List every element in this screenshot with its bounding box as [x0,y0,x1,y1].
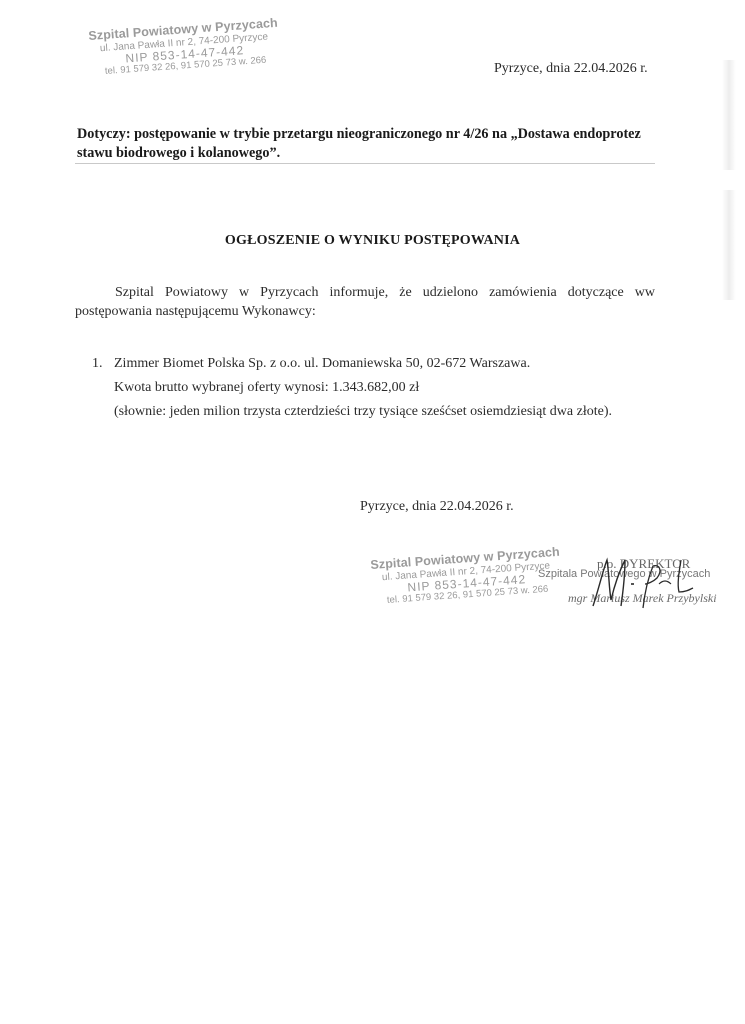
intro-text: Szpital Powiatowy w Pyrzycach informuje,… [75,285,655,319]
scan-shadow [722,110,736,170]
date-top: Pyrzyce, dnia 22.04.2026 r. [494,61,648,77]
amount-words: (słownie: jeden milion trzysta czterdzie… [92,402,652,426]
date-bottom: Pyrzyce, dnia 22.04.2026 r. [360,499,514,515]
footer-stamp: Szpital Powiatowy w Pyrzycach ul. Jana P… [370,546,563,607]
award-list: 1.Zimmer Biomet Polska Sp. z o.o. ul. Do… [92,354,652,426]
scan-shadow [722,60,736,110]
list-number: 1. [92,354,114,373]
handwritten-signature [585,548,695,618]
contractor-name: Zimmer Biomet Polska Sp. z o.o. ul. Doma… [114,356,530,371]
subject-line-2: stawu biodrowego i kolanowego”. [77,144,677,163]
header-stamp: Szpital Powiatowy w Pyrzycach ul. Jana P… [88,17,281,78]
list-item: 1.Zimmer Biomet Polska Sp. z o.o. ul. Do… [92,354,652,378]
subject-line: Dotyczy: postępowanie w trybie przetargu… [77,125,677,163]
announcement-heading: OGŁOSZENIE O WYNIKU POSTĘPOWANIA [0,233,745,249]
intro-paragraph: Szpital Powiatowy w Pyrzycach informuje,… [75,283,655,321]
document-page: Szpital Powiatowy w Pyrzycach ul. Jana P… [0,0,745,1024]
amount-line: Kwota brutto wybranej oferty wynosi: 1.3… [92,378,652,402]
subject-divider [75,163,655,164]
subject-line-1: Dotyczy: postępowanie w trybie przetargu… [77,125,677,144]
